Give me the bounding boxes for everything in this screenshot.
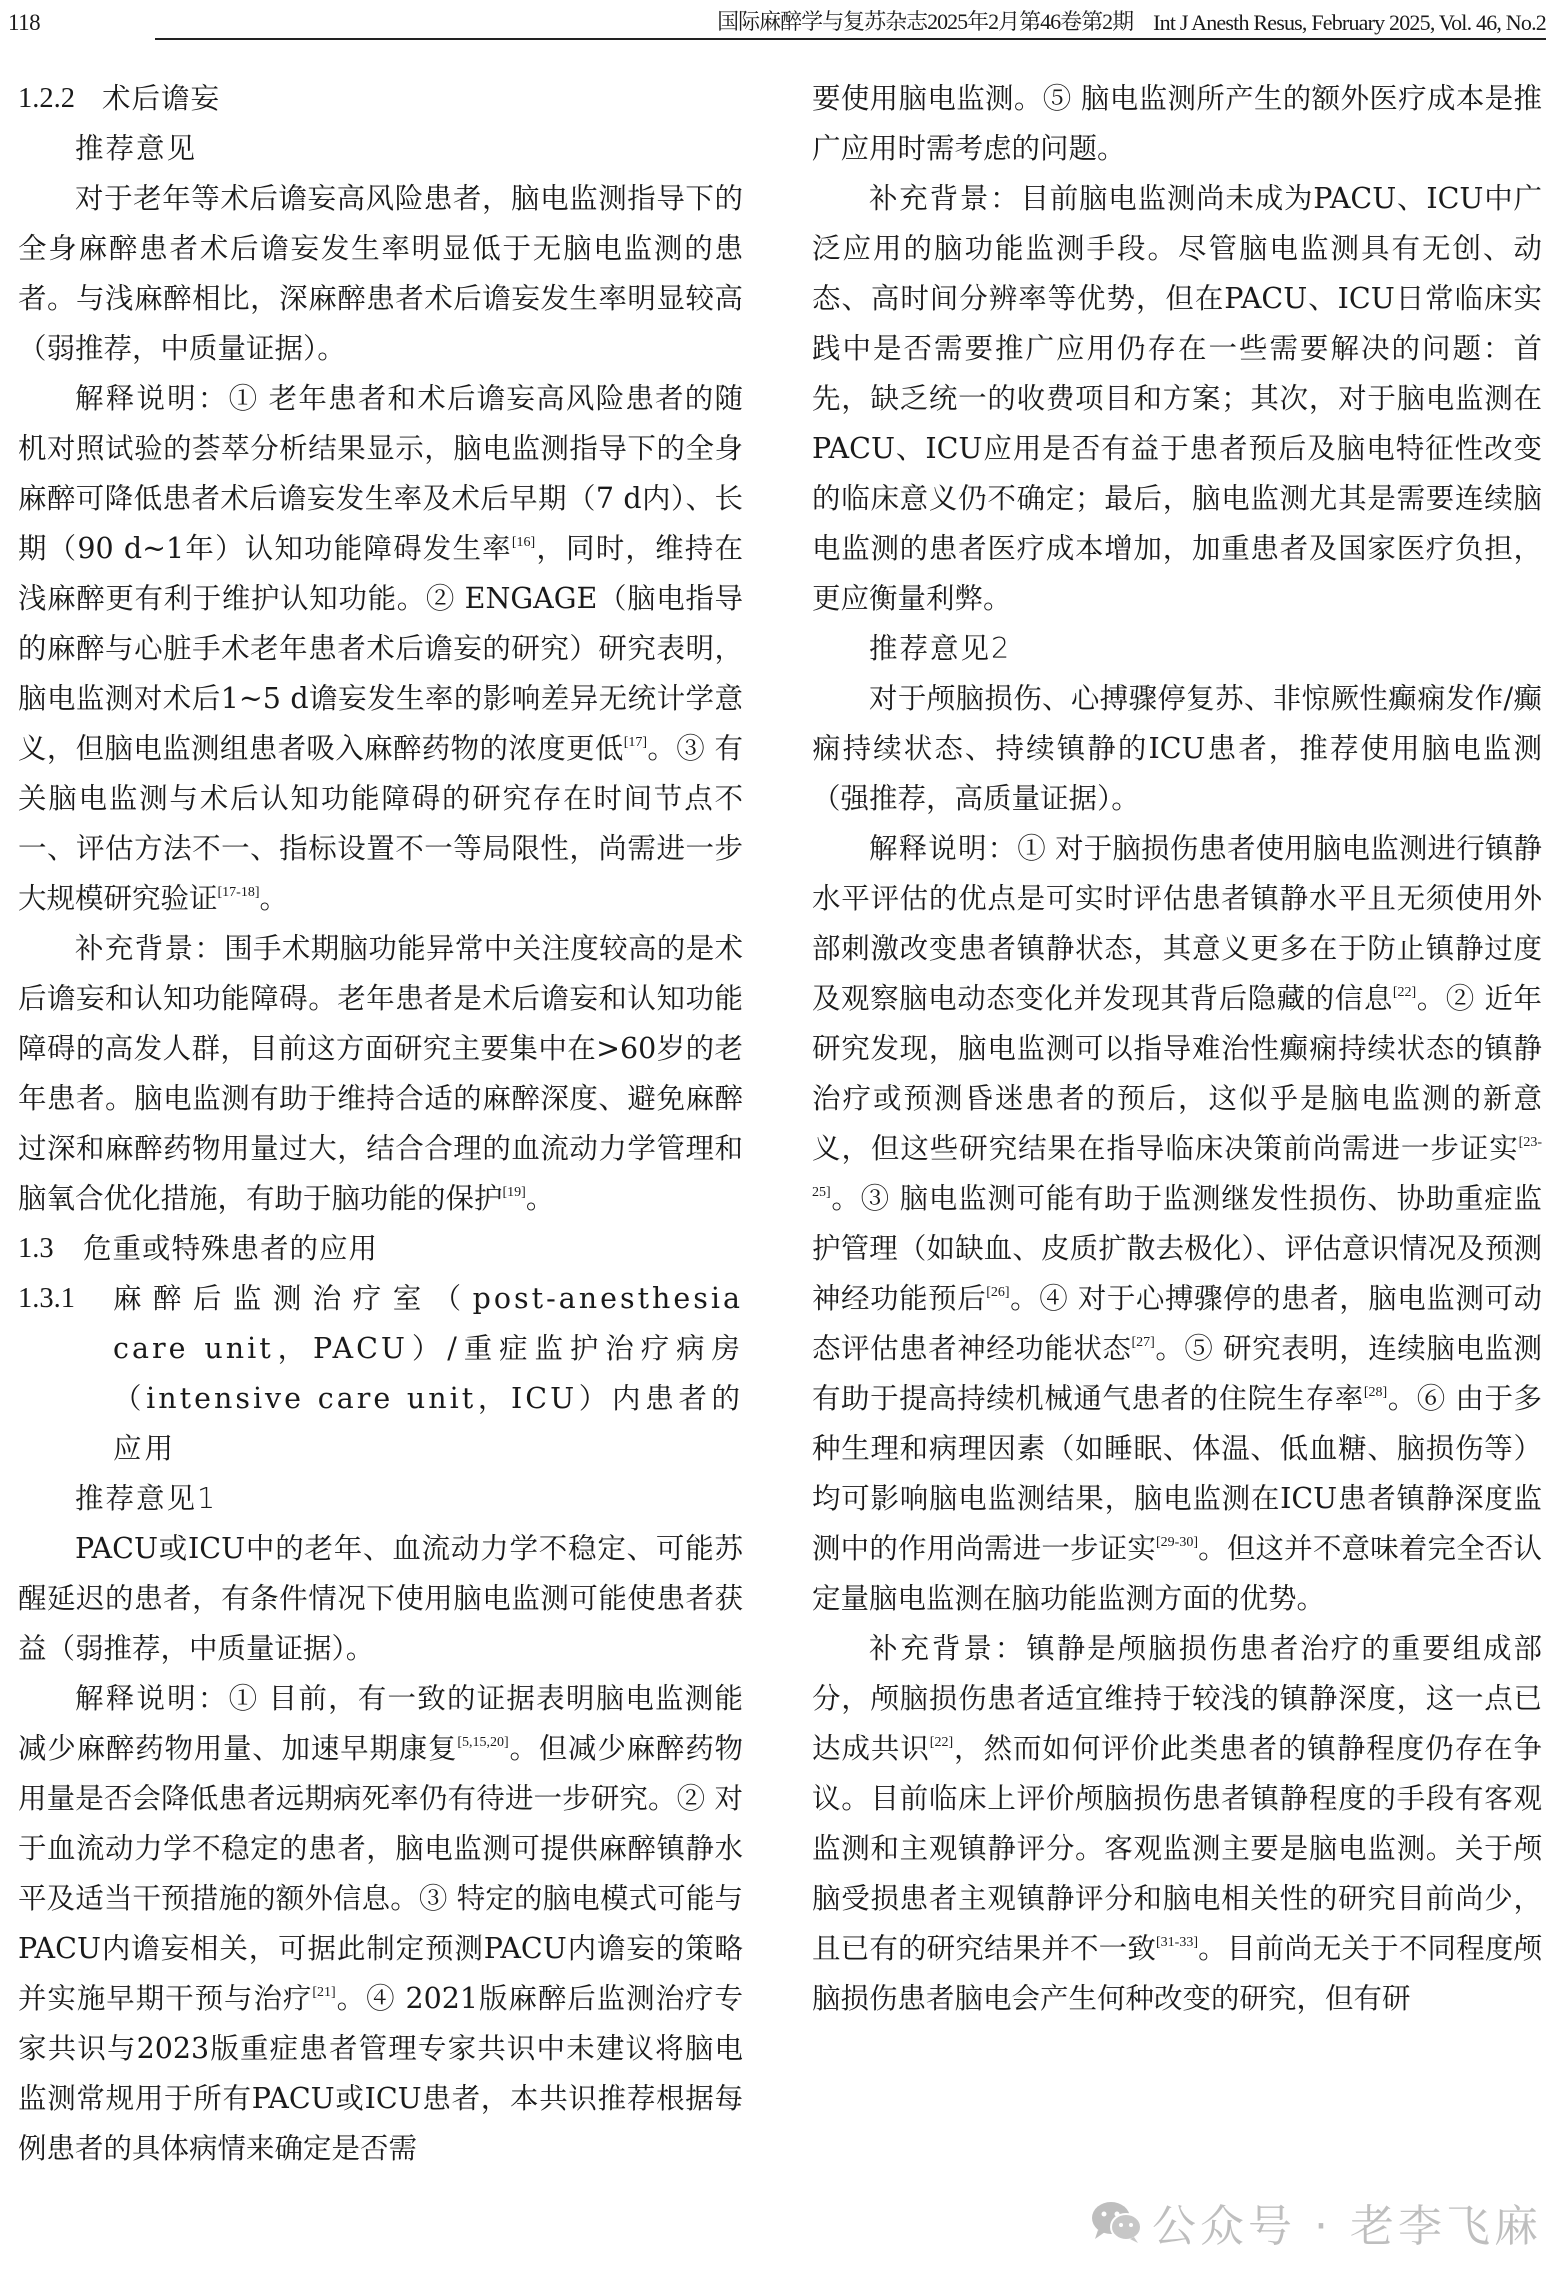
background-paragraph: 补充背景：目前脑电监测尚未成为PACU、ICU中广泛应用的脑功能监测手段。尽管脑… [812, 174, 1542, 624]
section-title: 麻醉后监测治疗室（post-anesthesia care unit，PACU）… [113, 1274, 743, 1474]
journal-title-cn: 国际麻醉学与复苏杂志2025年2月第46卷第2期 [717, 5, 1133, 36]
citation: [22] [930, 1735, 953, 1750]
section-number: 1.3.1 [18, 1274, 113, 1474]
punctuation: 。 [1155, 1332, 1185, 1365]
explanation-paragraph: 解释说明：① 对于脑损伤患者使用脑电监测进行镇静水平评估的优点是可实时评估患者镇… [812, 824, 1542, 1624]
background-text: 围手术期脑功能异常中关注度较高的是术后谵妄和认知功能障碍。老年患者是术后谵妄和认… [18, 932, 743, 1215]
wechat-icon [1090, 2200, 1144, 2244]
punctuation: 。 [647, 732, 676, 765]
explanation-lead: 解释说明： [869, 832, 1017, 865]
journal-title-en: Int J Anesth Resus, February 2025, Vol. … [1153, 10, 1546, 36]
section-number: 1.3 [18, 1224, 83, 1274]
background-text-cont: ，然而如何评价此类患者的镇静程度仍存在争议。目前临床上评价颅脑损伤患者镇静程度的… [812, 1732, 1542, 1965]
citation: [17-18] [218, 885, 260, 900]
background-paragraph: 补充背景：围手术期脑功能异常中关注度较高的是术后谵妄和认知功能障碍。老年患者是术… [18, 924, 743, 1224]
watermark: 公众号 · 老李飞麻 [1090, 2190, 1542, 2254]
background-lead: 补充背景： [869, 1632, 1026, 1665]
section-heading-1-3: 1.3 危重或特殊患者的应用 [18, 1224, 743, 1274]
citation: [19] [503, 1185, 526, 1200]
citation: [17] [624, 735, 647, 750]
punctuation: 。 [1387, 1382, 1417, 1415]
background-lead: 补充背景： [869, 182, 1020, 215]
background-lead: 补充背景： [75, 932, 224, 965]
watermark-text: 公众号 · 老李飞麻 [1152, 2190, 1542, 2254]
citation: [22] [1393, 985, 1416, 1000]
recommendation-label: 推荐意见1 [18, 1474, 743, 1524]
explanation-lead: 解释说明： [75, 1682, 229, 1715]
citation: [26] [986, 1285, 1009, 1300]
recommendation-label: 推荐意见2 [812, 624, 1542, 674]
explanation-paragraph: 解释说明：① 目前，有一致的证据表明脑电监测能减少麻醉药物用量、加速早期康复[5… [18, 1674, 743, 2174]
continued-paragraph: 要使用脑电监测。⑤ 脑电监测所产生的额外医疗成本是推广应用时需考虑的问题。 [812, 74, 1542, 174]
recommendation-text: PACU或ICU中的老年、血流动力学不稳定、可能苏醒延迟的患者，有条件情况下使用… [18, 1524, 743, 1674]
recommendation-text: 对于颅脑损伤、心搏骤停复苏、非惊厥性癫痫发作/癫痫持续状态、持续镇静的ICU患者… [812, 674, 1542, 824]
section-heading-1-2-2: 1.2.2 术后谵妄 [18, 74, 743, 124]
citation: [27] [1131, 1335, 1154, 1350]
citation: [31-33] [1156, 1935, 1198, 1950]
section-heading-1-3-1: 1.3.1 麻醉后监测治疗室（post-anesthesia care unit… [18, 1274, 743, 1474]
recommendation-text: 对于老年等术后谵妄高风险患者，脑电监测指导下的全身麻醉患者术后谵妄发生率明显低于… [18, 174, 743, 374]
explanation-lead: 解释说明： [75, 382, 229, 415]
punctuation: 。 [1010, 1282, 1040, 1315]
left-column: 1.2.2 术后谵妄 推荐意见 对于老年等术后谵妄高风险患者，脑电监测指导下的全… [18, 74, 743, 2174]
running-header: 国际麻醉学与复苏杂志2025年2月第46卷第2期 Int J Anesth Re… [155, 8, 1546, 40]
recommendation-label: 推荐意见 [18, 124, 743, 174]
punctuation: 。 [260, 882, 289, 915]
section-title: 危重或特殊患者的应用 [83, 1224, 743, 1274]
background-paragraph: 补充背景：镇静是颅脑损伤患者治疗的重要组成部分，颅脑损伤患者适宜维持于较浅的镇静… [812, 1624, 1542, 2024]
citation: [21] [312, 1985, 335, 2000]
citation: [16] [512, 535, 535, 550]
punctuation: 。 [831, 1182, 861, 1215]
page-number: 118 [8, 10, 40, 36]
citation: [28] [1364, 1385, 1387, 1400]
explanation-paragraph: 解释说明：① 老年患者和术后谵妄高风险患者的随机对照试验的荟萃分析结果显示，脑电… [18, 374, 743, 924]
punctuation: 。 [1416, 982, 1446, 1015]
citation: [29-30] [1156, 1535, 1198, 1550]
right-column: 要使用脑电监测。⑤ 脑电监测所产生的额外医疗成本是推广应用时需考虑的问题。 补充… [812, 74, 1542, 2024]
citation: [5,15,20] [457, 1735, 508, 1750]
punctuation: 。 [336, 1982, 366, 2015]
background-text: 目前脑电监测尚未成为PACU、ICU中广泛应用的脑功能监测手段。尽管脑电监测具有… [812, 182, 1542, 615]
section-number: 1.2.2 [18, 74, 102, 124]
page-header: 118 国际麻醉学与复苏杂志2025年2月第46卷第2期 Int J Anest… [0, 0, 1562, 44]
section-title: 术后谵妄 [102, 74, 743, 124]
punctuation: 。 [526, 1182, 555, 1215]
